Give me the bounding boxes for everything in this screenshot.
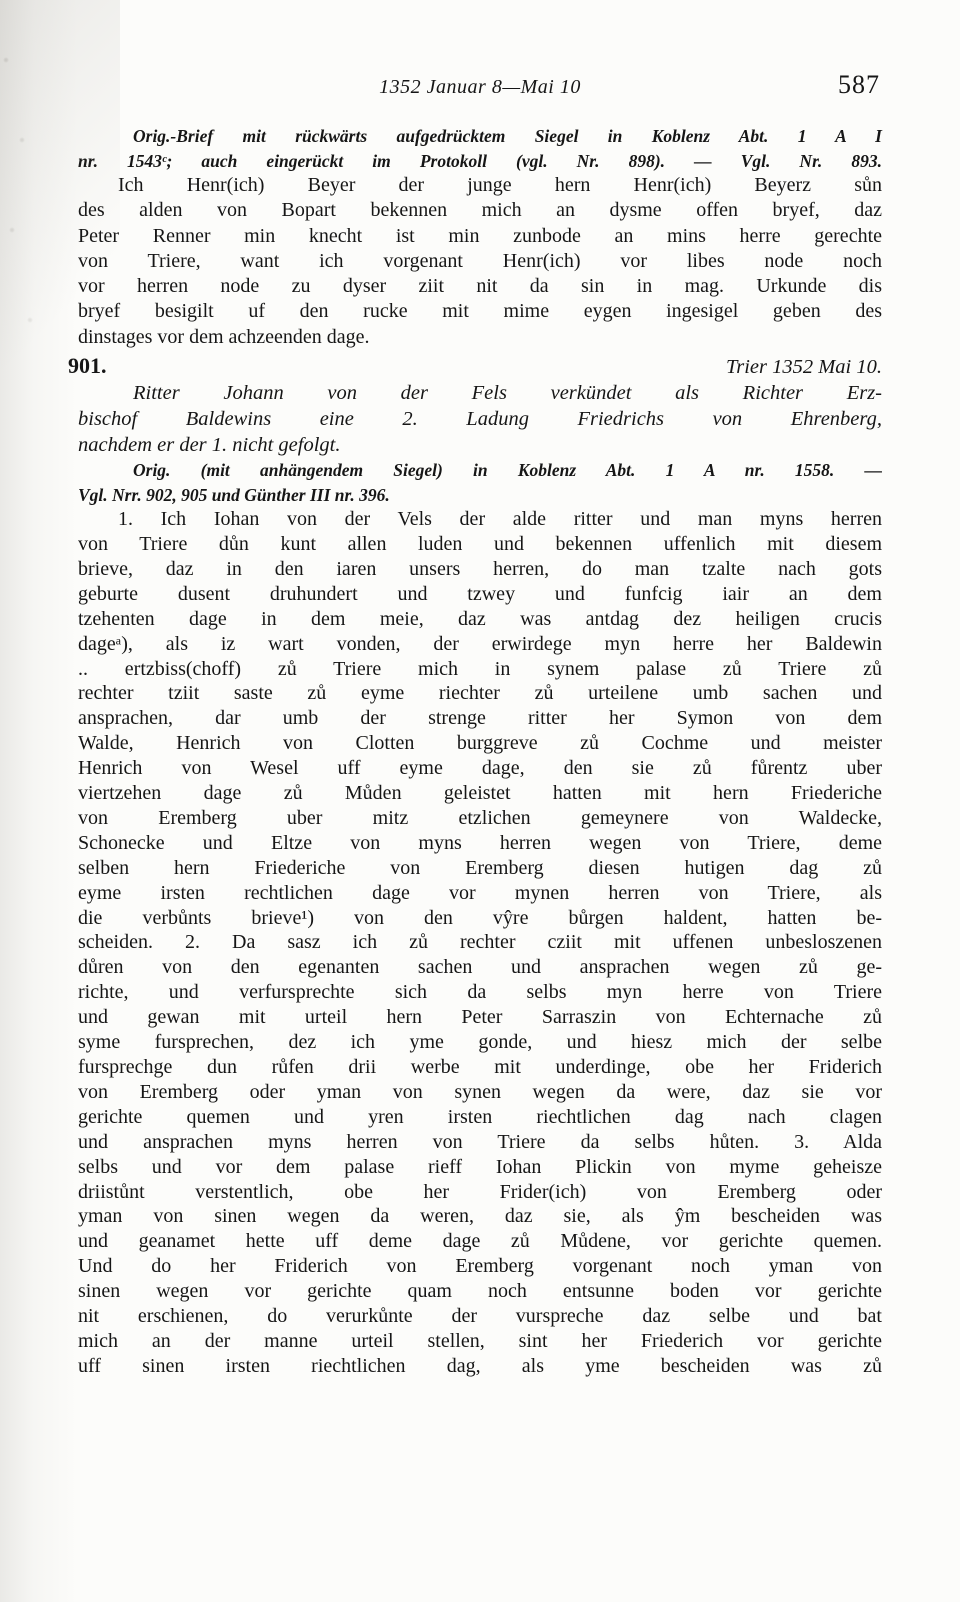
entry-901-header-row: 901. Trier 1352 Mai 10. bbox=[78, 353, 882, 380]
text-line: Walde, Henrich von Clotten burggreve zů … bbox=[78, 731, 882, 756]
text-line: vor herren node zu dyser ziit nit da sin… bbox=[78, 274, 882, 299]
text-line: Orig. (mit anhängendem Siegel) in Koblen… bbox=[78, 458, 882, 483]
text-line: eyme irsten rechtlichen dage vor mynen h… bbox=[78, 881, 882, 906]
text-line: 1. Ich Iohan von der Vels der alde ritte… bbox=[78, 507, 882, 532]
text-line: Henrich von Wesel uff eyme dage, den sie… bbox=[78, 756, 882, 781]
text-column: 1352 Januar 8—Mai 10 587 Orig.-Brief mit… bbox=[78, 76, 882, 1379]
text-line: und ansprachen myns herren von Triere da… bbox=[78, 1130, 882, 1155]
text-line: von Eremberg uber mitz etzlichen gemeyne… bbox=[78, 806, 882, 831]
text-line: bryef besigilt uf den rucke mit mime eyg… bbox=[78, 299, 882, 324]
entry-900-source-note: Orig.-Brief mit rückwärts aufgedrücktem … bbox=[78, 124, 882, 173]
text-line: Ritter Johann von der Fels verkündet als… bbox=[78, 380, 882, 406]
text-line: yman von sinen wegen da weren, daz sie, … bbox=[78, 1204, 882, 1229]
text-line: selbs und vor dem palase rieff Iohan Pli… bbox=[78, 1155, 882, 1180]
text-line: Vgl. Nrr. 902, 905 und Günther III nr. 3… bbox=[78, 483, 882, 508]
text-line: richte, und verfursprechte sich da selbs… bbox=[78, 980, 882, 1005]
page-header: 1352 Januar 8—Mai 10 587 bbox=[78, 76, 882, 102]
entry-901-dateline: Trier 1352 Mai 10. bbox=[726, 356, 882, 379]
text-line: .. ertzbiss(choff) zů Triere mich in syn… bbox=[78, 657, 882, 682]
text-line: Schonecke und Eltze von myns herren wege… bbox=[78, 831, 882, 856]
text-line: Peter Renner min knecht ist min zunbode … bbox=[78, 224, 882, 249]
text-line: důren von den egenanten sachen und anspr… bbox=[78, 955, 882, 980]
text-line: von Triere, want ich vorgenant Henr(ich)… bbox=[78, 249, 882, 274]
entry-901-source-note: Orig. (mit anhängendem Siegel) in Koblen… bbox=[78, 458, 882, 507]
text-line: selben hern Friederiche von Eremberg die… bbox=[78, 856, 882, 881]
scanned-book-page: 1352 Januar 8—Mai 10 587 Orig.-Brief mit… bbox=[0, 0, 960, 1602]
text-line: von Eremberg oder yman von synen wegen d… bbox=[78, 1080, 882, 1105]
text-line: fursprechge dun růfen drii werbe mit und… bbox=[78, 1055, 882, 1080]
text-line: und gewan mit urteil hern Peter Sarraszi… bbox=[78, 1005, 882, 1030]
text-line: und geanamet hette uff deme dage zů Můde… bbox=[78, 1229, 882, 1254]
text-line: gerichte quemen und yren irsten riechtli… bbox=[78, 1105, 882, 1130]
text-line: tzehenten dage in dem meie, daz was antd… bbox=[78, 607, 882, 632]
text-line: syme fursprechen, dez ich yme gonde, und… bbox=[78, 1030, 882, 1055]
text-line: des alden von Bopart bekennen mich an dy… bbox=[78, 198, 882, 223]
text-line: ansprachen, dar umb der strenge ritter h… bbox=[78, 706, 882, 731]
text-line: mich an der manne urteil stellen, sint h… bbox=[78, 1329, 882, 1354]
text-line: nr. 1543ᶜ; auch eingerückt im Protokoll … bbox=[78, 149, 882, 174]
text-line: Und do her Friderich von Eremberg vorgen… bbox=[78, 1254, 882, 1279]
text-line: driistůnt verstentlich, obe her Frider(i… bbox=[78, 1180, 882, 1205]
text-line: nachdem er der 1. nicht gefolgt. bbox=[78, 432, 882, 458]
text-line: rechter tziit saste zů eyme riechter zů … bbox=[78, 681, 882, 706]
running-head-title: 1352 Januar 8—Mai 10 bbox=[78, 76, 882, 99]
text-line: dinstages vor dem achzeenden dage. bbox=[78, 325, 882, 350]
text-line: geburte dusent druhundert und tzwey und … bbox=[78, 582, 882, 607]
text-line: brieve, daz in den iaren unsers herren, … bbox=[78, 557, 882, 582]
text-line: Ich Henr(ich) Beyer der junge hern Henr(… bbox=[78, 173, 882, 198]
text-line: Orig.-Brief mit rückwärts aufgedrücktem … bbox=[78, 124, 882, 149]
text-line: dageᵃ), als iz wart vonden, der erwirdeg… bbox=[78, 632, 882, 657]
entry-901-number: 901. bbox=[68, 353, 107, 379]
entry-900-body-paragraph: Ich Henr(ich) Beyer der junge hern Henr(… bbox=[78, 173, 882, 350]
text-line: die verbůnts brieve¹) von den vŷre bůrge… bbox=[78, 906, 882, 931]
text-line: nit erschienen, do verurkůnte der vurspr… bbox=[78, 1304, 882, 1329]
text-line: uff sinen irsten riechtlichen dag, als y… bbox=[78, 1354, 882, 1379]
text-line: sinen wegen vor gerichte quam noch entsu… bbox=[78, 1279, 882, 1304]
page-number: 587 bbox=[838, 70, 880, 100]
text-line: scheiden. 2. Da sasz ich zů rechter czii… bbox=[78, 930, 882, 955]
entry-901-body-paragraph: 1. Ich Iohan von der Vels der alde ritte… bbox=[78, 507, 882, 1379]
text-line: viertzehen dage zů Můden geleistet hatte… bbox=[78, 781, 882, 806]
entry-901-regest: Ritter Johann von der Fels verkündet als… bbox=[78, 380, 882, 458]
text-line: von Triere důn kunt allen luden und beke… bbox=[78, 532, 882, 557]
text-line: bischof Baldewins eine 2. Ladung Friedri… bbox=[78, 406, 882, 432]
